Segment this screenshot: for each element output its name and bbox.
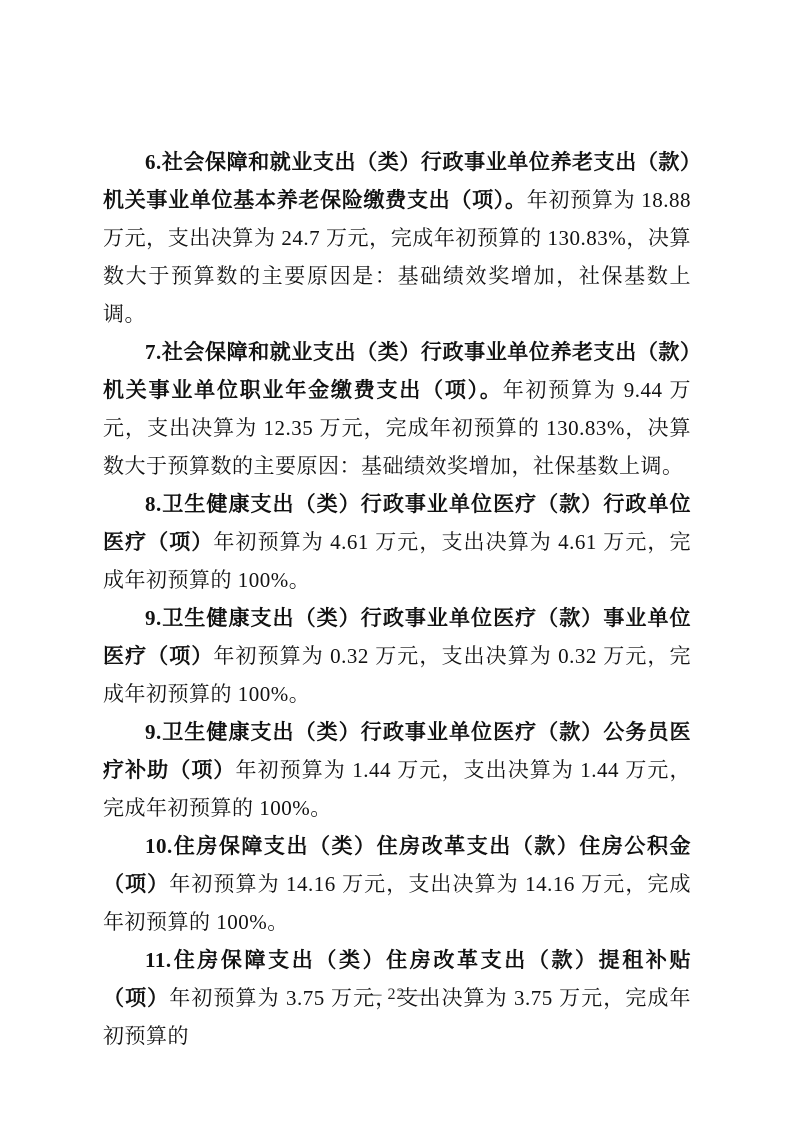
page-number: — 22 — bbox=[0, 986, 793, 1004]
paragraph-item-9a: 9.卫生健康支出（类）行政事业单位医疗（款）事业单位医疗（项）年初预算为 0.3… bbox=[103, 599, 691, 713]
paragraph-item-7: 7.社会保障和就业支出（类）行政事业单位养老支出（款）机关事业单位职业年金缴费支… bbox=[103, 333, 691, 485]
paragraph-item-8: 8.卫生健康支出（类）行政事业单位医疗（款）行政单位医疗（项）年初预算为 4.6… bbox=[103, 485, 691, 599]
paragraph-item-10: 10.住房保障支出（类）住房改革支出（款）住房公积金（项）年初预算为 14.16… bbox=[103, 827, 691, 941]
paragraph-body: 年初预算为 14.16 万元，支出决算为 14.16 万元，完成年初预算的 10… bbox=[103, 872, 691, 934]
document-content: 6.社会保障和就业支出（类）行政事业单位养老支出（款）机关事业单位基本养老保险缴… bbox=[103, 143, 691, 1055]
paragraph-item-9b: 9.卫生健康支出（类）行政事业单位医疗（款）公务员医疗补助（项）年初预算为 1.… bbox=[103, 713, 691, 827]
document-page: 6.社会保障和就业支出（类）行政事业单位养老支出（款）机关事业单位基本养老保险缴… bbox=[0, 0, 793, 1122]
paragraph-item-6: 6.社会保障和就业支出（类）行政事业单位养老支出（款）机关事业单位基本养老保险缴… bbox=[103, 143, 691, 333]
